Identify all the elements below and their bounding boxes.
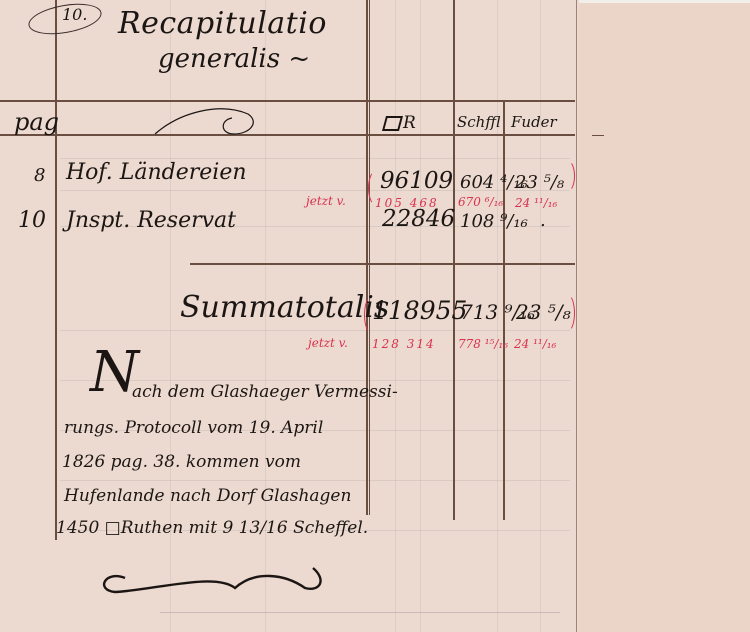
column-rule-area-left: [366, 0, 368, 515]
row-1-area: 96109: [380, 168, 453, 194]
red-bracket-right: [560, 160, 575, 192]
total-correction-area: 128 314: [372, 337, 436, 351]
row-2-page: 10: [18, 208, 46, 233]
note-line-5: 1450 □Ruthen mit 9 13/16 Scheffel.: [56, 518, 368, 538]
red-bracket-right: [560, 294, 575, 332]
column-header-area: R: [384, 113, 416, 133]
total-correction-scheffel: 778 ¹⁵/₁₆: [458, 337, 508, 351]
faint-ruling: [60, 480, 570, 481]
margin-mark: [592, 135, 604, 136]
row-1-page: 8: [34, 165, 45, 186]
closing-flourish: [95, 560, 325, 600]
subtotal-rule: [190, 263, 575, 265]
total-correction-fuder: 24 ¹¹/₁₆: [514, 337, 556, 351]
faint-ruling: [160, 612, 560, 613]
row-2-area: 22846: [382, 206, 455, 232]
page-edge: [579, 0, 750, 3]
column-header-scheffel: Schffl: [457, 113, 500, 131]
row-1-name: Hof. Ländereien: [66, 160, 247, 185]
total-correction-label: jetzt v.: [308, 336, 348, 350]
column-rule-area-left-double: [369, 0, 370, 515]
note-line-4: Hufenlande nach Dorf Glashagen: [64, 486, 351, 506]
note-line-1: ach dem Glashaeger Vermessi-: [132, 382, 398, 402]
column-rule-page: [55, 0, 57, 540]
red-bracket-left: [364, 296, 379, 334]
column-header-page: pag: [14, 108, 59, 136]
header-rule-bottom: [0, 134, 575, 136]
page-number: 10.: [62, 5, 87, 24]
header-flourish: [150, 104, 260, 138]
header-rule-top: [0, 100, 575, 102]
note-line-3: 1826 pag. 38. kommen vom: [62, 452, 301, 472]
row-1-correction-fuder: 24 ¹¹/₁₆: [515, 196, 557, 210]
total-area: 118955: [372, 296, 467, 325]
faint-ruling: [60, 158, 570, 159]
column-header-fuder: Fuder: [511, 113, 557, 131]
row-2-name: Jnspt. Reservat: [66, 208, 236, 233]
column-rule-scheffel: [453, 0, 455, 520]
row-2-fuder: .: [540, 210, 546, 231]
row-2-scheffel: 108 ⁹/₁₆: [460, 211, 528, 232]
facing-page: [579, 0, 750, 632]
total-label: Summatotalis: [180, 290, 389, 325]
faint-ruling: [60, 330, 570, 331]
row-1-fuder: 23 ⁵/₈: [515, 172, 564, 193]
page-fold: [576, 0, 577, 632]
title-line-2: generalis ~: [158, 44, 310, 74]
title-line-1: Recapitulatio: [118, 6, 327, 41]
row-1-correction-scheffel: 670 ⁶/₁₆: [458, 195, 503, 209]
note-line-2: rungs. Protocoll vom 19. April: [64, 418, 323, 438]
square-symbol-icon: [382, 116, 403, 131]
row-1-correction-label: jetzt v.: [306, 194, 346, 208]
